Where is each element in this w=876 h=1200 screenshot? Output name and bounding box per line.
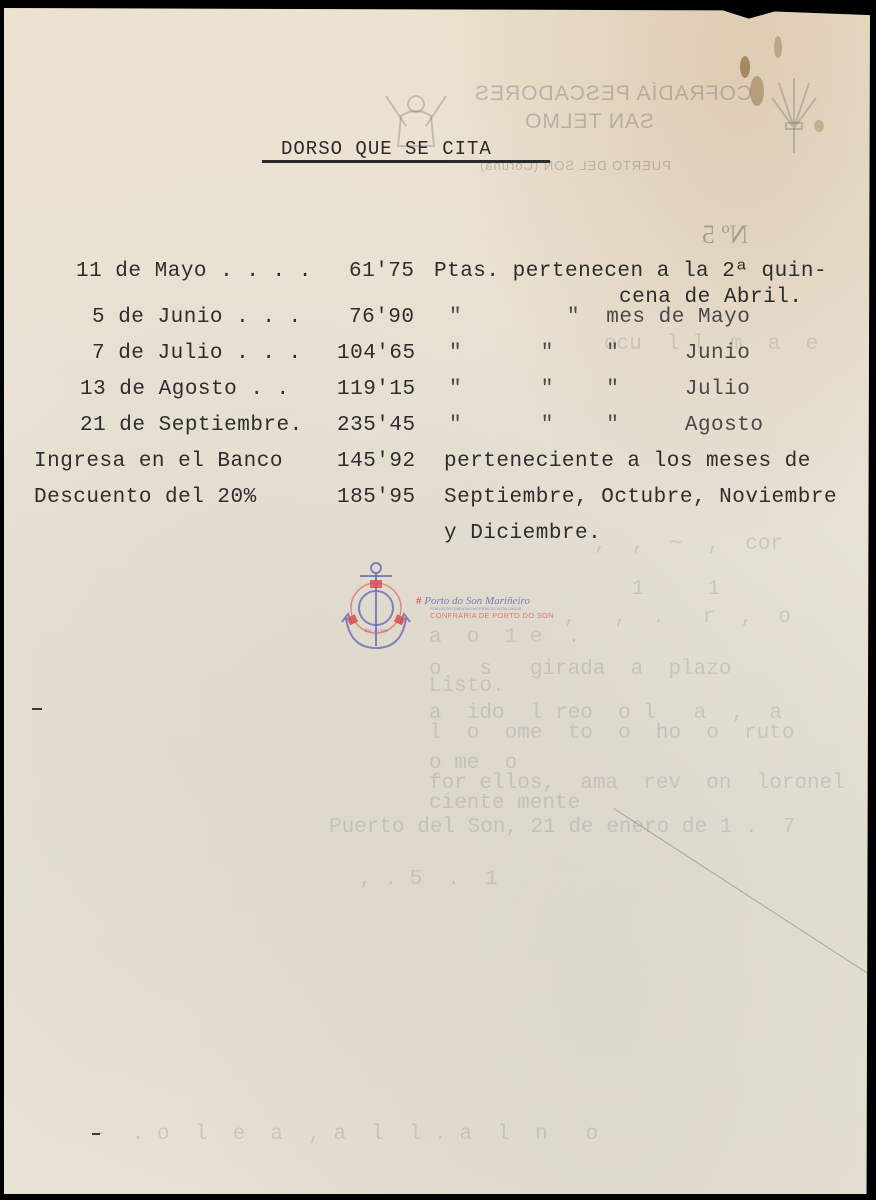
row-description: " " " Julio bbox=[449, 378, 750, 401]
row-label: 5 de Junio . . . bbox=[92, 306, 302, 329]
anchor-lifebuoy-logo-icon: Pto. do Son bbox=[340, 558, 412, 658]
stain bbox=[814, 120, 824, 132]
svg-text:Pto. do Son: Pto. do Son bbox=[363, 629, 388, 634]
hash-icon: # bbox=[416, 595, 422, 607]
watermark-organization: CONFRARIA DE PORTO DO SON bbox=[430, 611, 554, 620]
row-label: 11 de Mayo . . . . bbox=[76, 260, 312, 283]
row-description: Septiembre, Octubre, Noviembre bbox=[444, 486, 837, 509]
fasces-emblem-icon bbox=[764, 68, 824, 158]
row-amount: 104'65 bbox=[337, 342, 416, 365]
page-title: DORSO QUE SE CITA bbox=[281, 138, 492, 160]
row-amount: 76'90 bbox=[349, 306, 415, 329]
row-amount: 61'75 bbox=[349, 260, 415, 283]
row-amount: 145'92 bbox=[337, 450, 416, 473]
row-amount: 235'45 bbox=[337, 414, 416, 437]
row-description: " " mes de Mayo bbox=[449, 306, 750, 329]
row-label: Ingresa en el Banco bbox=[34, 450, 283, 473]
row-amount: 185'95 bbox=[337, 486, 416, 509]
margin-mark bbox=[32, 708, 42, 710]
row-description: perteneciente a los meses de bbox=[444, 450, 811, 473]
stamp-bleed-line2: SAN TELMO bbox=[524, 110, 654, 134]
row-label: Descuento del 20% bbox=[34, 486, 257, 509]
row-label: 21 de Septiembre. bbox=[80, 414, 303, 437]
row-label: 7 de Julio . . . bbox=[92, 342, 302, 365]
stain bbox=[750, 76, 764, 106]
watermark-brand: # Porto do Son Mariñeiro FONDOS DOCUMENT… bbox=[416, 595, 554, 620]
row-amount: 119'15 bbox=[337, 378, 416, 401]
row-label: 13 de Agosto . . bbox=[80, 378, 290, 401]
margin-mark bbox=[92, 1133, 100, 1135]
title-underline bbox=[262, 160, 550, 163]
row-description: " " " Agosto bbox=[449, 414, 763, 437]
stain bbox=[774, 36, 782, 58]
stain bbox=[740, 56, 750, 78]
handwritten-number: Nº 5 bbox=[702, 220, 748, 250]
row-continuation: y Diciembre. bbox=[444, 522, 601, 545]
document-page: COFRADÍA PESCADORES SAN TELMO PUERTO DEL… bbox=[4, 8, 870, 1194]
watermark-title: Porto do Son Mariñeiro bbox=[424, 595, 530, 607]
stamp-bleed-line1: COFRADÍA PESCADORES bbox=[474, 82, 752, 106]
row-description: Ptas. pertenecen a la 2ª quin- bbox=[434, 260, 827, 283]
